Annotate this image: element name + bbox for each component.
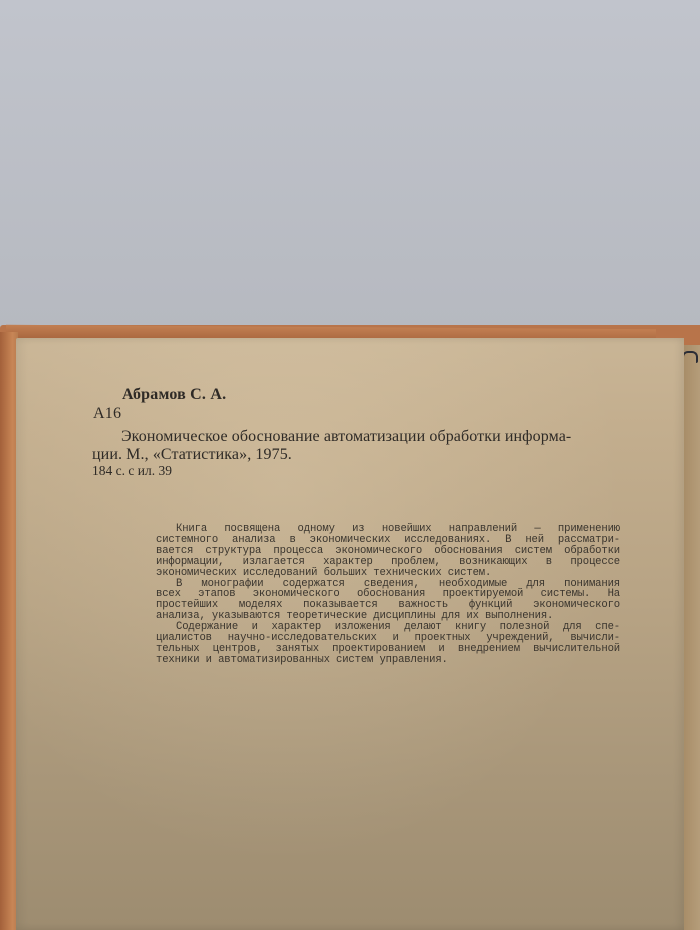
book-title-line-2: ции. М., «Статистика», 1975. [92,446,292,464]
book-title-line-1: Экономическое обоснование автоматизации … [121,428,571,446]
binding-clip-icon [682,351,698,363]
catalog-code: А16 [93,405,121,423]
author-name: Абрамов С. А. [122,386,226,404]
abstract-paragraph-3: Содержание и характер изложения делают к… [156,622,620,666]
abstract-paragraph-2: В монографии содержатся сведения, необхо… [156,579,620,623]
abstract-paragraph-1: Книга посвящена одному из новейших напра… [156,524,620,579]
background-wall [0,0,700,330]
abstract-line: информации, излагается характер проблем,… [156,557,620,568]
book-cover-right-edge [683,345,700,930]
abstract: Книга посвящена одному из новейших напра… [156,524,620,666]
abstract-line: техники и автоматизированных систем упра… [156,655,620,666]
abstract-line: экономических исследований больших техни… [156,568,620,579]
page-count-info: 184 с. с ил. 39 [92,463,172,479]
